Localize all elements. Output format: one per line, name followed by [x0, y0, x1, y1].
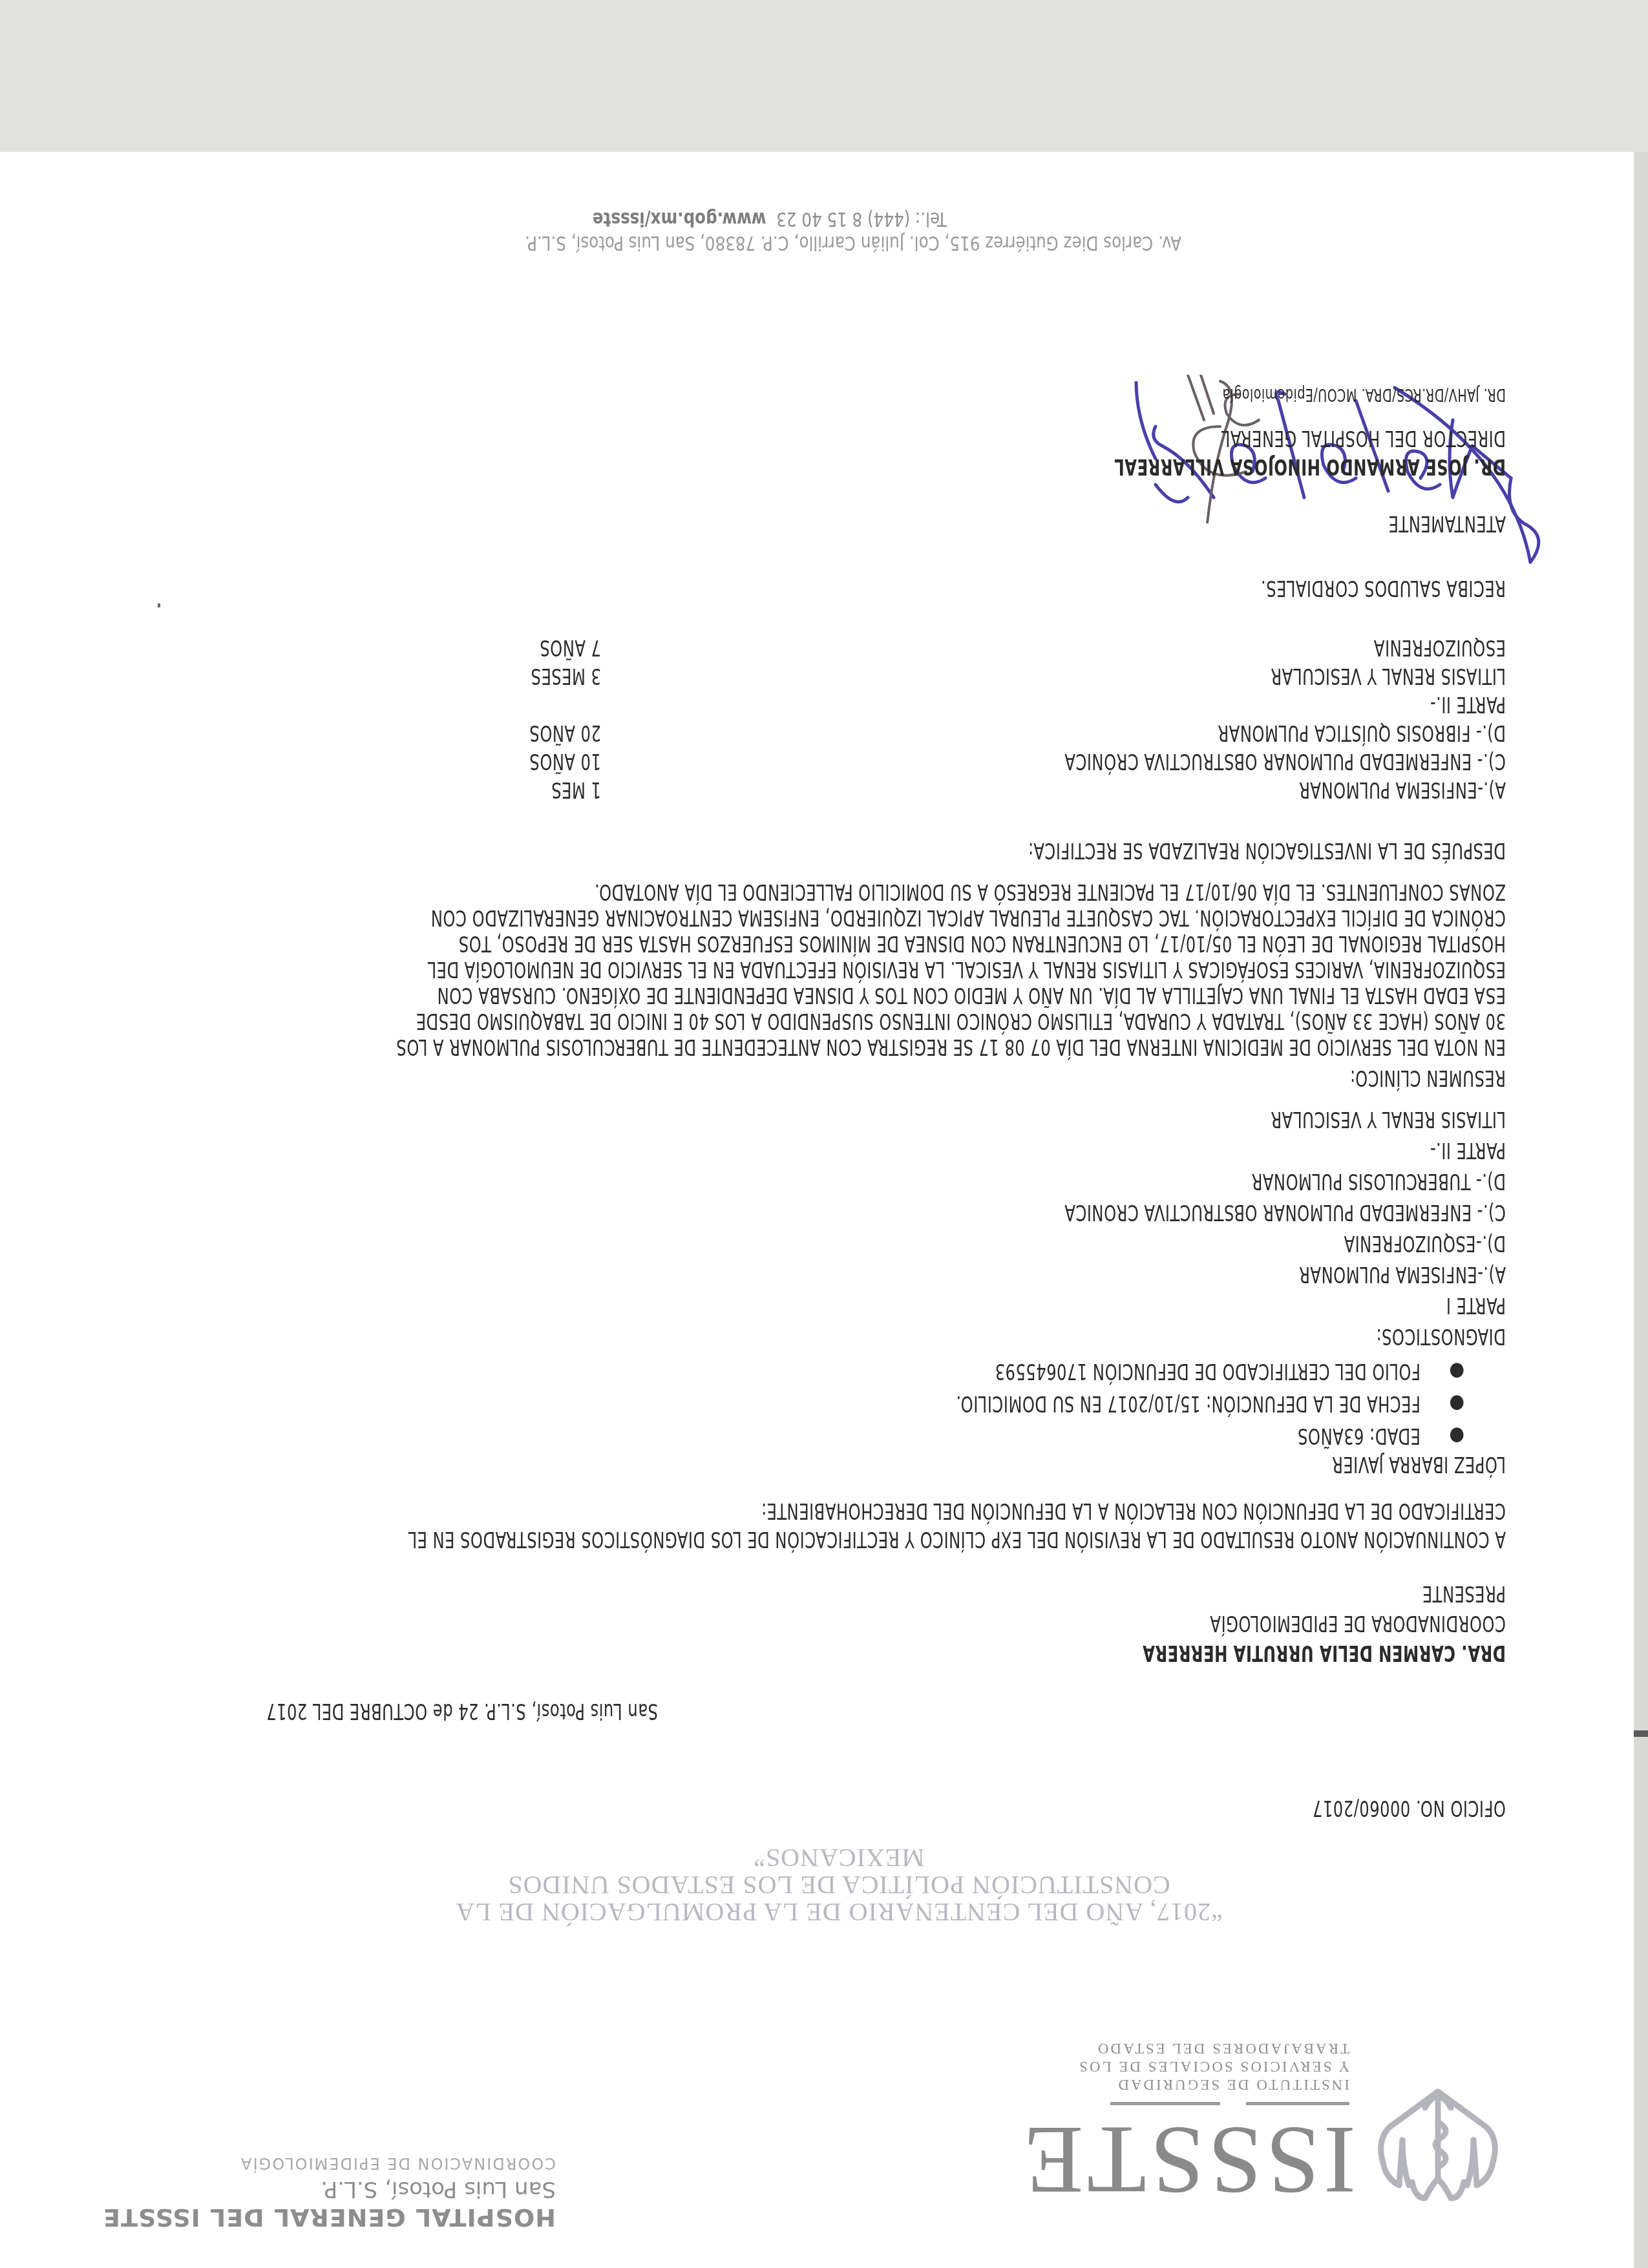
issste-hands-emblem-icon [1364, 2075, 1512, 2224]
rectification-part2-label: PARTE II.- [514, 690, 1506, 719]
patient-certificate-folio: ●FOLIO DEL CERTIFICADO DE DEFUNCIÓN 1706… [854, 1358, 1421, 1384]
diagnosis-item: D).-ESQUIZOFRENIA [967, 1228, 1506, 1259]
summary-line: ESQUIZOFRENIA, VARICES ESOFÁGICAS Y LITI… [153, 956, 1506, 982]
hospital-city: San Luis Potosí, S.L.P. [321, 2176, 556, 2202]
scanner-background-top [0, 0, 1648, 152]
diagnostics-heading: DIAGNOSTICOS: [967, 1321, 1506, 1352]
oficio-number: OFICIO NO. 00060/2017 [1270, 1795, 1506, 1821]
year-motto: “2017, AÑO DEL CENTENARIO DE LA PROMULGA… [419, 1844, 1259, 1926]
scanner-background-right [1634, 152, 1648, 2268]
rectified-diagnosis-row: LITIASIS RENAL Y VESICULAR3 MESES [514, 662, 1506, 690]
place-and-date: San Luis Potosí, S.L.P. 24 de OCTUBRE DE… [180, 1698, 658, 1724]
summary-line: ZONAS CONFLUENTES. EL DÍA 06/10/17 EL PA… [153, 879, 1506, 905]
motto-line-1: “2017, AÑO DEL CENTENARIO DE LA PROMULGA… [419, 1898, 1259, 1926]
signer-title: DIRECTOR DEL HOSPITAL GENERAL [1159, 425, 1506, 451]
footer-address: Av. Carlos Diez Gutiérrez 915, Col. Juli… [381, 229, 1181, 255]
recipient-name: DRA. CARMEN DELIA URRUTIA HERRERA [1062, 1640, 1506, 1666]
signer-name: DR. JOSE ARMANDO HINOJOSA VILLARREAL [1028, 454, 1506, 479]
patient-name: LÓPEZ IBARRA JAVIER [1294, 1451, 1506, 1477]
rectification-table: A).-ENFISEMA PULMONAR1 MES C).- ENFERMED… [514, 633, 1506, 804]
rectified-diagnosis-row: D).- FIBROSIS QUÍSTICA PULMONAR20 AÑOS [514, 719, 1506, 747]
hospital-department: COORDINACION DE EPIDEMIOLOGÍA [240, 2154, 556, 2172]
logo-subtitle: INSTITUTO DE SEGURIDAD Y SERVICIOS SOCIA… [1077, 2039, 1349, 2094]
footer-phone: Tel.: (444) 8 15 40 23 [776, 207, 947, 230]
summary-line: CRÓNICA DE DIFÍCIL EXPECTORACIÓN. TAC CA… [153, 905, 1506, 930]
diagnostics-part2-label: PARTE II.- [967, 1135, 1506, 1166]
patient-details-list: ●EDAD: 63AÑOS ●FECHA DE LA DEFUNCIÓN: 15… [854, 1358, 1421, 1449]
recipient-title: COORDINADORA DE EPIDEMIOLOGÍA [1145, 1610, 1506, 1636]
logo-divider-right [1110, 2102, 1220, 2105]
rectification-heading: DESPUÉS DE LA INVESTIGACIÓN REALIZADA SE… [923, 837, 1506, 863]
closing-greeting: RECIBA SALUDOS CORDIALES. [1207, 575, 1506, 601]
logo-divider-left [1246, 2102, 1349, 2105]
patient-age: ●EDAD: 63AÑOS [854, 1423, 1421, 1449]
bullet-icon: ● [1449, 1423, 1464, 1449]
scan-speck [158, 604, 160, 607]
diagnostics-part1-label: PARTE I [967, 1290, 1506, 1321]
hospital-name: HOSPITAL GENERAL DEL ISSSTE [103, 2203, 556, 2232]
logo-subtitle-line-2: Y SERVICIOS SOCIALES DE LOS [1077, 2057, 1349, 2075]
diagnostics-section: DIAGNOSTICOS: PARTE I A).-ENFISEMA PULMO… [967, 1104, 1506, 1352]
recipient-presente: PRESENTE [1404, 1580, 1506, 1606]
letter-page: ISSSTE INSTITUTO DE SEGURIDAD Y SERVICIO… [0, 152, 1634, 2268]
summary-line: 30 AÑOS (HACE 33 AÑOS), TRATADA Y CURADA… [153, 1008, 1506, 1034]
patient-death-date: ●FECHA DE LA DEFUNCIÓN: 15/10/2017 EN SU… [854, 1391, 1421, 1416]
summary-line: HOSPITAL REGIONAL DE LEÓN EL 05/10/17, L… [153, 930, 1506, 956]
footer-contact: Tel.: (444) 8 15 40 23 www.gob.mx/issste [515, 205, 947, 231]
motto-line-2: CONSTITUCIÓN POLÍTICA DE LOS ESTADOS UNI… [419, 1844, 1259, 1898]
clinical-summary-body: EN NOTA DEL SERVICIO DE MEDICINA INTERNA… [153, 879, 1506, 1060]
diagnosis-item: C).- ENFERMEDAD PULMONAR OBSTRUCTIVA CRO… [967, 1197, 1506, 1228]
rectified-diagnosis-row: C).- ENFERMEDAD PULMONAR OBSTRUCTIVA CRÓ… [514, 747, 1506, 775]
summary-line: ESA EDAD HASTA EL FINAL UNA CAJETILLA AL… [153, 982, 1506, 1008]
diagnosis-item: A).-ENFISEMA PULMONAR [967, 1259, 1506, 1290]
initials-line: DR. JAHV/DR.RCS/DRA. MCOU/Epidemiología [1160, 381, 1506, 407]
bullet-icon: ● [1449, 1358, 1464, 1384]
logo-subtitle-line-1: INSTITUTO DE SEGURIDAD [1077, 2075, 1349, 2094]
diagnosis-item: D).- TUBERCULOSIS PULMONAR [967, 1166, 1506, 1197]
scanner-edge-mark [1634, 1730, 1648, 1737]
rectified-diagnosis-row: ESQUIZOFRENIA7 AÑOS [514, 633, 1506, 662]
logo-subtitle-line-3: TRABAJADORES DEL ESTADO [1077, 2039, 1349, 2057]
issste-logo-wordmark: ISSSTE [1020, 2112, 1356, 2209]
clinical-summary-heading: RESUMEN CLÍNICO: [1316, 1065, 1506, 1091]
bullet-icon: ● [1449, 1391, 1464, 1416]
footer-website: www.gob.mx/issste [593, 207, 766, 230]
summary-line: EN NOTA DEL SERVICIO DE MEDICINA INTERNA… [153, 1034, 1506, 1060]
intro-line-1: A CONTINUACIÓN ANOTO RESULTADO DE LA REV… [167, 1526, 1506, 1552]
intro-line-2: CERTIFICADO DE LA DEFUNCIÓN CON RELACIÓN… [598, 1498, 1506, 1524]
diagnosis-item: LITIASIS RENAL Y VESICULAR [967, 1104, 1506, 1135]
rectified-diagnosis-row: A).-ENFISEMA PULMONAR1 MES [514, 775, 1506, 804]
